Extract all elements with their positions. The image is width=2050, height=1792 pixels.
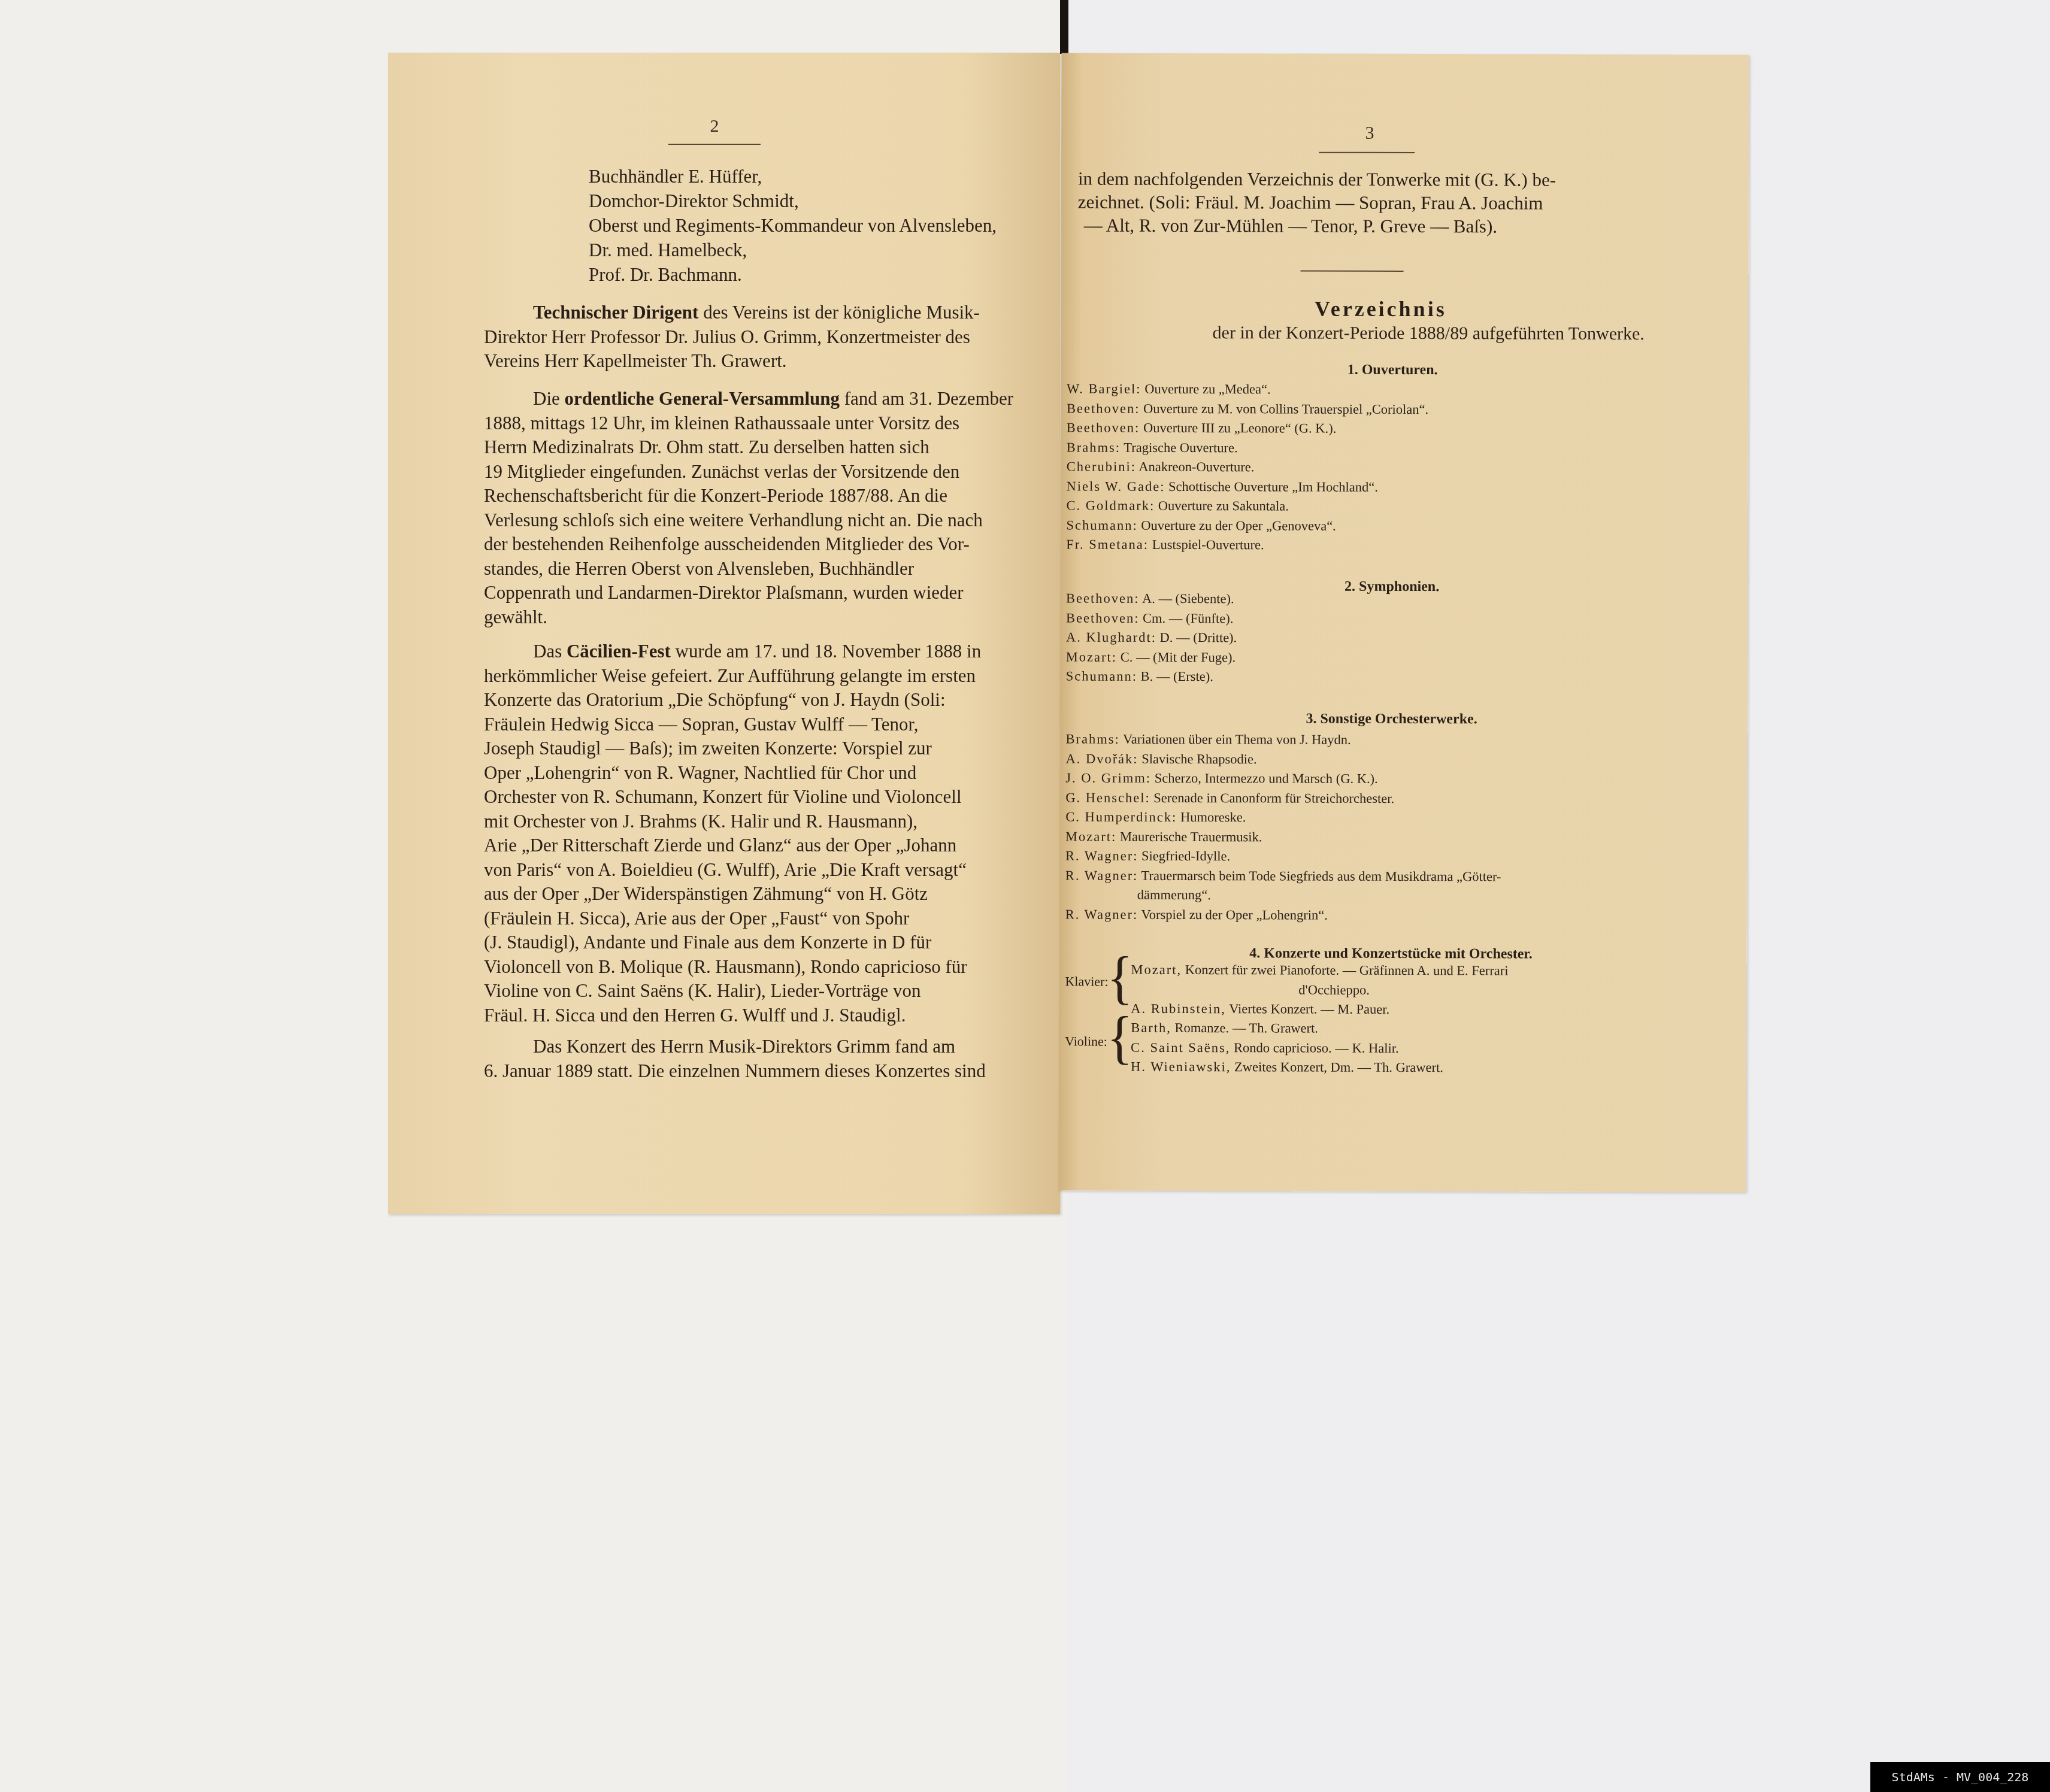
composer: Mozart:	[1065, 829, 1116, 844]
composer: Schumann:	[1066, 517, 1137, 532]
work: Schottische Ouverture „Im Hochland“.	[1165, 478, 1378, 494]
work: C. — (Mit der Fuge).	[1117, 649, 1236, 665]
list-item: G. Henschel: Serenade in Canonform für S…	[1065, 788, 1501, 808]
text-line: Verlesung schloſs sich eine weitere Verh…	[484, 508, 1059, 533]
work: Ouverture zu der Oper „Genoveva“.	[1138, 517, 1336, 533]
text-line: mit Orchester von J. Brahms (K. Halir un…	[484, 809, 1059, 834]
list-item: Beethoven: Cm. — (Fünfte).	[1066, 608, 1237, 628]
work: Tragische Ouverture.	[1121, 439, 1238, 455]
work: Humoreske.	[1177, 809, 1246, 824]
work: Viertes Konzert. — M. Pauer.	[1226, 1001, 1389, 1017]
composer: Mozart:	[1066, 649, 1117, 664]
page-number-rule	[668, 144, 761, 145]
paragraph-technical-director: Technischer Dirigent des Vereins ist der…	[484, 301, 1059, 374]
text-line: Violine von C. Saint Saëns (K. Halir), L…	[484, 979, 1059, 1003]
text-line: (Fräulein H. Sicca), Arie aus der Oper „…	[484, 906, 1059, 931]
composer: R. Wagner:	[1065, 848, 1138, 863]
text-line: Rechenschaftsbericht für die Konzert-Per…	[484, 484, 1059, 508]
text-line: Fräulein Hedwig Sicca — Sopran, Gustav W…	[484, 712, 1059, 737]
name-line: Prof. Dr. Bachmann.	[589, 262, 1068, 287]
paragraph-general-assembly: Die ordentliche General-Versammlung fand…	[484, 387, 1059, 629]
list-item: A. Dvořák: Slavische Rhapsodie.	[1065, 749, 1501, 769]
list-subtitle: der in der Konzert-Periode 1888/89 aufge…	[1085, 323, 1772, 345]
group-label-klavier: Klavier:	[1065, 972, 1108, 992]
name-line: Domchor-Direktor Schmidt,	[589, 189, 1068, 213]
text-line: aus der Oper „Der Widerspänstigen Zähmun…	[484, 882, 1059, 906]
work: Ouverture III zu „Leonore“ (G. K.).	[1140, 420, 1336, 436]
composer: A. Dvořák:	[1065, 751, 1138, 766]
text-line: Violoncell von B. Molique (R. Hausmann),…	[484, 955, 1059, 980]
composer: Fr. Smetana:	[1066, 537, 1149, 552]
work: Scherzo, Intermezzo und Marsch (G. K.).	[1151, 771, 1378, 786]
work: A. — (Siebente).	[1140, 591, 1234, 606]
bold-term: Technischer Dirigent	[533, 302, 698, 323]
work: Lustspiel-Ouverture.	[1149, 537, 1264, 553]
work: B. — (Erste).	[1137, 669, 1213, 684]
work: Rondo capricioso. — K. Halir.	[1230, 1040, 1398, 1056]
text-line: 6. Januar 1889 statt. Die einzelnen Numm…	[484, 1059, 1059, 1084]
list-item: W. Bargiel: Ouverture zu „Medea“.	[1067, 380, 1428, 400]
text-line: Fräul. H. Sicca und den Herren G. Wulff …	[484, 1003, 1059, 1028]
list-item: Mozart: C. — (Mit der Fuge).	[1066, 647, 1237, 667]
text: des Vereins ist der königliche Musik-	[698, 302, 980, 323]
work: Siegfried-Idylle.	[1138, 848, 1230, 863]
work: Ouverture zu „Medea“.	[1141, 381, 1270, 397]
group-label-violine: Violine:	[1065, 1032, 1107, 1052]
text-line: von Paris“ von A. Boieldieu (G. Wulff), …	[484, 858, 1059, 883]
composer: W. Bargiel:	[1067, 381, 1141, 396]
list-item: Schumann: Ouverture zu der Oper „Genovev…	[1066, 516, 1428, 536]
text-line: standes, die Herren Oberst von Alvensleb…	[484, 557, 1059, 581]
composer: Beethoven:	[1066, 591, 1140, 606]
text-line: Oper „Lohengrin“ von R. Wagner, Nachtlie…	[484, 761, 1059, 786]
list-item: Brahms: Tragische Ouverture.	[1067, 438, 1428, 458]
work: d'Occhieppo.	[1298, 982, 1369, 997]
work: D. — (Dritte).	[1156, 630, 1237, 645]
text-line: Arie „Der Ritterschaft Zierde und Glanz“…	[484, 833, 1059, 858]
brace-violine: {	[1107, 1008, 1133, 1068]
intro-text: in dem nachfolgenden Verzeichnis der Ton…	[1078, 167, 1725, 239]
list-item: C. Saint Saëns, Rondo capricioso. — K. H…	[1131, 1038, 1443, 1058]
group-klavier-list: Mozart, Konzert für zwei Pianoforte. — G…	[1131, 960, 1508, 1020]
composer: Niels W. Gade:	[1067, 478, 1165, 493]
composer: Brahms:	[1067, 439, 1121, 454]
work: Ouverture zu Sakuntala.	[1155, 498, 1289, 514]
page-number-rule	[1319, 152, 1415, 153]
list-item: C. Goldmark: Ouverture zu Sakuntala.	[1066, 496, 1428, 517]
composer: Barth,	[1131, 1020, 1171, 1035]
list-item: Mozart, Konzert für zwei Pianoforte. — G…	[1131, 960, 1508, 981]
list-item: A. Klughardt: D. — (Dritte).	[1066, 628, 1237, 648]
section-title-orchesterwerke: 3. Sonstige Orchesterwerke.	[1048, 710, 1736, 728]
composer: C. Humperdinck:	[1065, 809, 1177, 824]
composer: R. Wagner:	[1065, 906, 1138, 921]
list-item: R. Wagner: Vorspiel zu der Oper „Lohengr…	[1065, 905, 1501, 925]
list-item: Cherubini: Anakreon-Ouverture.	[1067, 457, 1428, 478]
text-line: — Alt, R. von Zur-Mühlen — Tenor, P. Gre…	[1078, 214, 1725, 239]
composer: Beethoven:	[1067, 420, 1140, 435]
composer: Schumann:	[1066, 669, 1137, 684]
brace-klavier: {	[1107, 948, 1133, 1008]
list-item: Beethoven: Ouverture zu M. von Collins T…	[1067, 399, 1428, 419]
list-item: Schumann: B. — (Erste).	[1066, 667, 1237, 687]
text-line: der bestehenden Reihenfolge ausscheidend…	[484, 532, 1059, 557]
list-item: Niels W. Gade: Schottische Ouverture „Im…	[1067, 477, 1428, 497]
list-item: J. O. Grimm: Scherzo, Intermezzo und Mar…	[1065, 769, 1501, 789]
name-line: Buchhändler E. Hüffer,	[589, 164, 1068, 189]
text: Die	[533, 388, 565, 409]
work: Trauermarsch beim Tode Siegfrieds aus de…	[1138, 868, 1501, 884]
list-item: Fr. Smetana: Lustspiel-Ouverture.	[1066, 535, 1428, 556]
text-line: Joseph Staudigl — Baſs); im zweiten Konz…	[484, 736, 1059, 761]
composer: Mozart,	[1131, 962, 1182, 977]
work: Serenade in Canonform für Streichorchest…	[1150, 790, 1394, 805]
composer: C. Saint Saëns,	[1131, 1039, 1230, 1054]
list-item: H. Wieniawski, Zweites Konzert, Dm. — Th…	[1131, 1057, 1443, 1078]
section-ouverturen-list: W. Bargiel: Ouverture zu „Medea“. Beetho…	[1066, 380, 1428, 556]
text-line: zeichnet. (Soli: Fräul. M. Joachim — Sop…	[1078, 190, 1725, 216]
list-item: Beethoven: A. — (Siebente).	[1066, 589, 1237, 609]
list-title: Verzeichnis	[1037, 295, 1724, 322]
text-line: Herrn Medizinalrats Dr. Ohm statt. Zu de…	[484, 435, 1059, 460]
text-line: Coppenrath und Landarmen-Direktor Plaſsm…	[484, 581, 1059, 605]
text-line: Orchester von R. Schumann, Konzert für V…	[484, 785, 1059, 809]
list-item: R. Wagner: Trauermarsch beim Tode Siegfr…	[1065, 866, 1501, 886]
list-item: C. Humperdinck: Humoreske.	[1065, 808, 1501, 828]
composer: J. O. Grimm:	[1065, 771, 1151, 786]
composer: G. Henschel:	[1065, 790, 1150, 805]
composer: H. Wieniawski,	[1131, 1059, 1231, 1074]
bold-term: ordentliche General-Versammlung	[565, 388, 840, 409]
composer: C. Goldmark:	[1066, 498, 1155, 513]
work: dämmerung“.	[1137, 887, 1211, 902]
text-line: Das Konzert des Herrn Musik-Direktors Gr…	[484, 1035, 1059, 1059]
work: Anakreon-Ouverture.	[1136, 459, 1255, 475]
paragraph-grimm-concert: Das Konzert des Herrn Musik-Direktors Gr…	[484, 1035, 1059, 1083]
composer: Brahms:	[1065, 732, 1119, 747]
text-line: in dem nachfolgenden Verzeichnis der Ton…	[1078, 167, 1725, 192]
text: Das	[533, 641, 567, 662]
composer: A. Klughardt:	[1066, 630, 1156, 645]
group-violine-list: Barth, Romanze. — Th. Grawert. C. Saint …	[1131, 1018, 1443, 1078]
page-2: 2 Buchhändler E. Hüffer, Domchor-Direkto…	[388, 53, 1060, 1214]
work: Slavische Rhapsodie.	[1138, 751, 1257, 766]
list-item: Brahms: Variationen über ein Thema von J…	[1065, 730, 1501, 750]
text-line: 19 Mitglieder eingefunden. Zunächst verl…	[484, 460, 1059, 484]
list-item: Barth, Romanze. — Th. Grawert.	[1131, 1018, 1443, 1039]
text: wurde am 17. und 18. November 1888 in	[671, 641, 981, 662]
text-line: Direktor Herr Professor Dr. Julius O. Gr…	[484, 325, 1059, 350]
list-item-continuation: d'Occhieppo.	[1131, 980, 1508, 1000]
name-line: Dr. med. Hamelbeck,	[589, 238, 1068, 262]
paragraph-caecilien-fest: Das Cäcilien-Fest wurde am 17. und 18. N…	[484, 639, 1059, 1027]
composer: R. Wagner:	[1065, 868, 1138, 883]
name-line: Oberst und Regiments-Kommandeur von Alve…	[589, 213, 1068, 238]
composer: Beethoven:	[1066, 610, 1140, 625]
bold-term: Cäcilien-Fest	[567, 641, 671, 662]
text-line: (J. Staudigl), Andante und Finale aus de…	[484, 930, 1059, 955]
section-title-ouverturen: 1. Ouverturen.	[1049, 361, 1736, 379]
page-number: 2	[688, 116, 741, 137]
work: Zweites Konzert, Dm. — Th. Grawert.	[1231, 1059, 1443, 1075]
work: Cm. — (Fünfte).	[1139, 610, 1233, 625]
text-line: Vereins Herr Kapellmeister Th. Grawert.	[484, 349, 1059, 374]
page-number: 3	[1343, 123, 1397, 144]
page-3: 3 in dem nachfolgenden Verzeichnis der T…	[1059, 53, 1749, 1193]
list-item: Mozart: Maurerische Trauermusik.	[1065, 827, 1501, 847]
composer: Cherubini:	[1067, 459, 1136, 474]
archive-label: StdAMs - MV_004_228	[1870, 1762, 2050, 1792]
text-line: 1888, mittags 12 Uhr, im kleinen Rathaus…	[484, 411, 1059, 436]
work: Vorspiel zu der Oper „Lohengrin“.	[1138, 906, 1328, 922]
list-item-continuation: dämmerung“.	[1065, 886, 1501, 906]
work: Ouverture zu M. von Collins Trauerspiel …	[1140, 401, 1428, 416]
composer: A. Rubinstein,	[1131, 1001, 1226, 1016]
work: Romanze. — Th. Grawert.	[1171, 1020, 1318, 1036]
committee-names: Buchhändler E. Hüffer, Domchor-Direktor …	[589, 164, 1068, 287]
section-symphonien-list: Beethoven: A. — (Siebente). Beethoven: C…	[1066, 589, 1237, 687]
list-item: A. Rubinstein, Viertes Konzert. — M. Pau…	[1131, 999, 1508, 1020]
work: Konzert für zwei Pianoforte. — Gräfinnen…	[1182, 962, 1509, 978]
section-divider	[1301, 271, 1404, 272]
list-item: Beethoven: Ouverture III zu „Leonore“ (G…	[1067, 419, 1428, 439]
text-line: gewählt.	[484, 605, 1059, 630]
work: Maurerische Trauermusik.	[1116, 829, 1262, 844]
composer: Beethoven:	[1067, 401, 1140, 416]
list-item: R. Wagner: Siegfried-Idylle.	[1065, 847, 1501, 867]
binding-gutter	[1060, 0, 1068, 54]
section-orchesterwerke-list: Brahms: Variationen über ein Thema von J…	[1065, 730, 1502, 926]
text: fand am 31. Dezember	[840, 388, 1013, 409]
text-line: Konzerte das Oratorium „Die Schöpfung“ v…	[484, 688, 1059, 712]
text-line: herkömmlicher Weise gefeiert. Zur Auffüh…	[484, 664, 1059, 689]
work: Variationen über ein Thema von J. Haydn.	[1120, 732, 1351, 747]
